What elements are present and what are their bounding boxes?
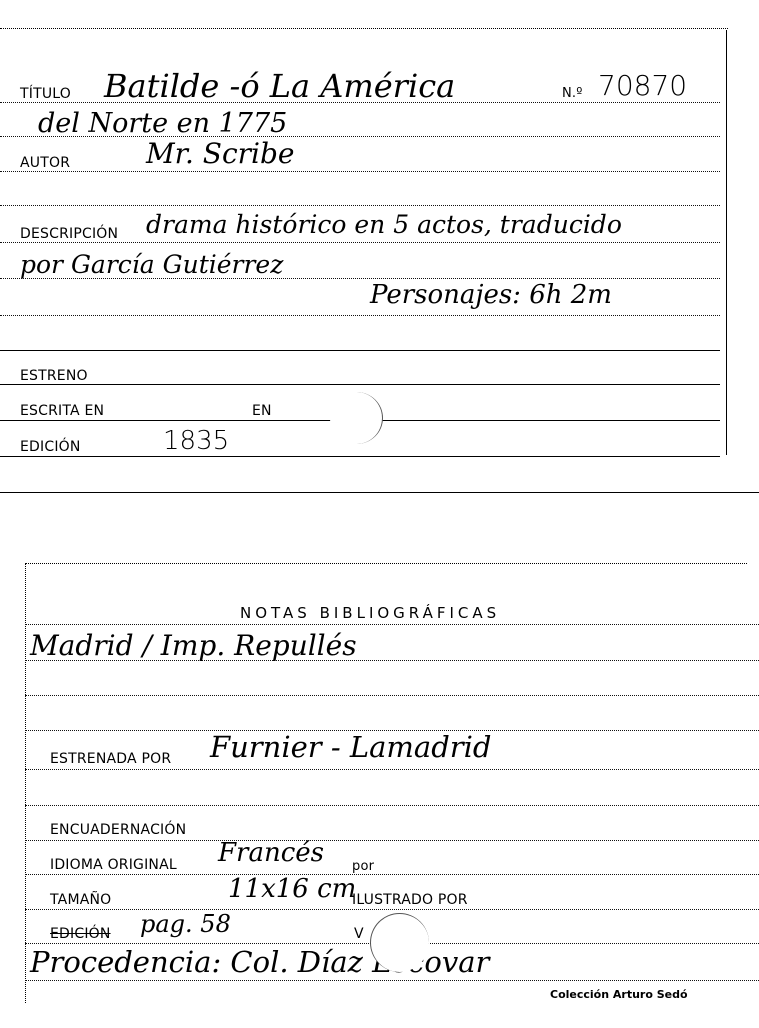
- punch-hole: [370, 913, 429, 972]
- rule: [25, 805, 759, 806]
- ilustrado-por-label: ILUSTRADO POR: [352, 893, 468, 907]
- estrenada-por-label: ESTRENADA POR: [50, 752, 171, 766]
- rule: [0, 242, 720, 243]
- idioma-original-value: Francés: [218, 840, 324, 866]
- encuadernacion-label: ENCUADERNACIÓN: [50, 823, 186, 837]
- rule: [25, 909, 759, 910]
- estrenada-por-value: Furnier - Lamadrid: [210, 733, 491, 762]
- rule: [25, 980, 759, 981]
- card-left-edge: [25, 563, 26, 1003]
- idioma-por-label: por: [352, 860, 374, 873]
- numero-label: N.º: [562, 87, 583, 100]
- descripcion-value-line1: drama histórico en 5 actos, traducido: [146, 212, 622, 237]
- punch-hole: [330, 392, 383, 444]
- catalog-card-front: TÍTULO Batilde -ó La América N.º 70870 d…: [0, 0, 759, 500]
- titulo-label: TÍTULO: [20, 87, 71, 101]
- numero-value: 70870: [598, 72, 687, 100]
- rule: [0, 315, 720, 316]
- card-separator: [0, 492, 759, 493]
- idioma-original-label: IDIOMA ORIGINAL: [50, 858, 177, 872]
- rule: [0, 171, 720, 172]
- descripcion-value-line2: por García Gutiérrez: [20, 252, 283, 277]
- card-right-edge: [726, 30, 727, 455]
- personajes-value: Personajes: 6h 2m: [370, 282, 612, 308]
- autor-label: AUTOR: [20, 156, 70, 170]
- rule: [0, 350, 720, 351]
- descripcion-label: DESCRIPCIÓN: [20, 227, 118, 241]
- notas-heading: NOTAS BIBLIOGRÁFICAS: [240, 604, 500, 622]
- titulo-value-line2: del Norte en 1775: [38, 110, 287, 137]
- rule: [25, 874, 759, 875]
- edicion-value: 1835: [163, 428, 229, 454]
- edicion-back-value: pag. 58: [140, 912, 231, 936]
- rule: [0, 384, 720, 385]
- rule: [0, 205, 720, 206]
- estreno-label: ESTRENO: [20, 369, 88, 383]
- card-top-edge: [25, 563, 747, 564]
- tamano-label: TAMAÑO: [50, 893, 111, 907]
- escrita-en-label: ESCRITA EN: [20, 404, 104, 418]
- catalog-card-back: NOTAS BIBLIOGRÁFICAS Madrid / Imp. Repul…: [0, 540, 759, 1028]
- rule: [25, 624, 759, 625]
- titulo-value-line1: Batilde -ó La América: [104, 70, 455, 102]
- card-top-edge: [0, 28, 728, 29]
- tamano-value: 11x16 cm: [228, 876, 356, 902]
- collection-credit: Colección Arturo Sedó: [550, 988, 688, 1001]
- edicion-back-label: EDICIÓN: [50, 927, 111, 941]
- rule: [0, 456, 720, 457]
- notas-line1: Madrid / Imp. Repullés: [30, 632, 357, 660]
- rule: [25, 769, 759, 770]
- rule: [25, 695, 759, 696]
- edicion-label: EDICIÓN: [20, 440, 81, 454]
- edicion-v-label: V: [354, 927, 364, 941]
- rule: [25, 840, 759, 841]
- escrita-en-lugar-label: EN: [252, 404, 272, 418]
- autor-value: Mr. Scribe: [146, 140, 294, 168]
